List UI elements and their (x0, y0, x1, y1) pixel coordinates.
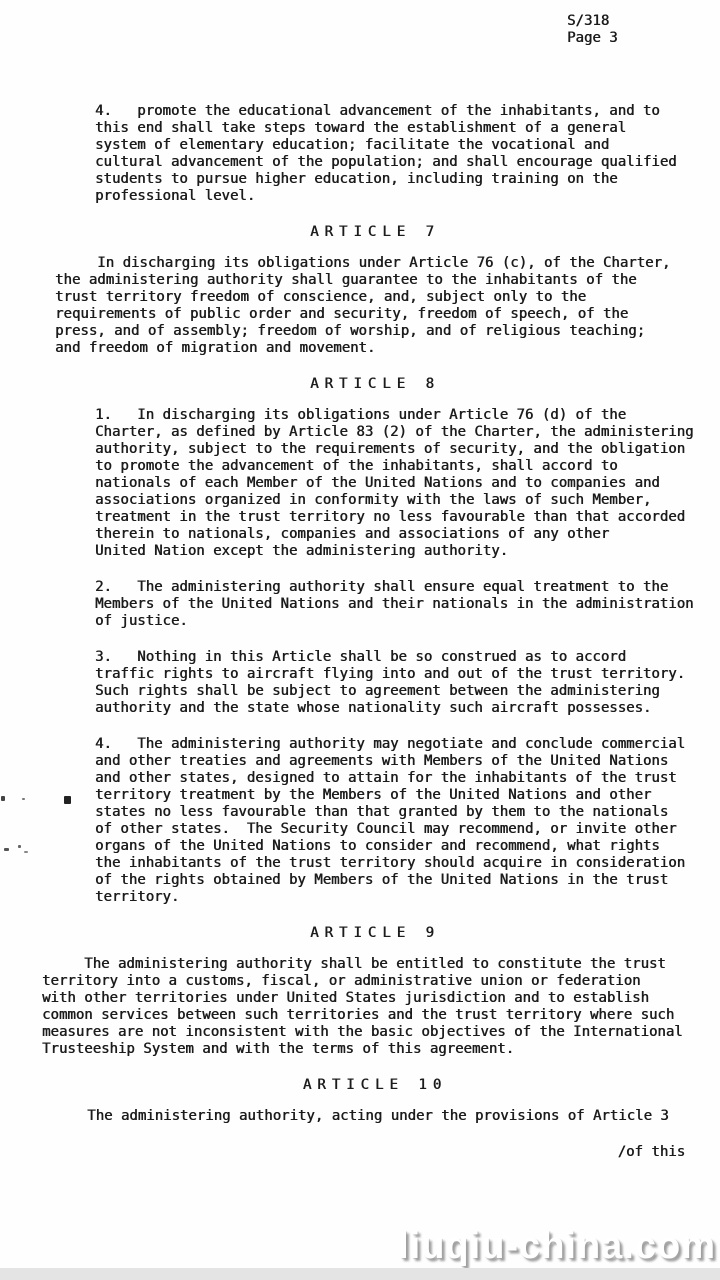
article-heading: ARTICLE 9 (30, 925, 720, 942)
document-header: S/318 Page 3 (567, 13, 618, 47)
watermark: liuqiu-china.com (398, 1225, 716, 1268)
document-page: S/318 Page 3 4. promote the educational … (0, 0, 720, 1280)
scan-speck (24, 851, 28, 853)
article-heading: ARTICLE 8 (30, 376, 720, 393)
scan-speck (4, 848, 9, 851)
document-paragraph: 2. The administering authority shall ens… (95, 579, 720, 630)
scan-speck (22, 798, 25, 800)
document-paragraph: The administering authority, acting unde… (45, 1108, 720, 1125)
document-paragraph: 4. promote the educational advancement o… (95, 103, 720, 205)
bottom-strip (0, 1268, 720, 1280)
scan-speck (64, 796, 71, 804)
document-body: 4. promote the educational advancement o… (0, 0, 720, 1161)
page-number: Page 3 (567, 30, 618, 47)
article-heading: ARTICLE 7 (30, 224, 720, 241)
continuation-mark: /of this (0, 1144, 720, 1161)
document-paragraph: 3. Nothing in this Article shall be so c… (95, 649, 720, 717)
article-heading: ARTICLE 10 (30, 1077, 720, 1094)
doc-number: S/318 (567, 13, 618, 30)
scan-speck (18, 845, 21, 848)
document-paragraph: The administering authority shall be ent… (42, 956, 720, 1058)
scan-speck (1, 796, 5, 801)
document-paragraph: 1. In discharging its obligations under … (95, 407, 720, 560)
document-paragraph: In discharging its obligations under Art… (55, 255, 720, 357)
document-paragraph: 4. The administering authority may negot… (95, 736, 720, 906)
